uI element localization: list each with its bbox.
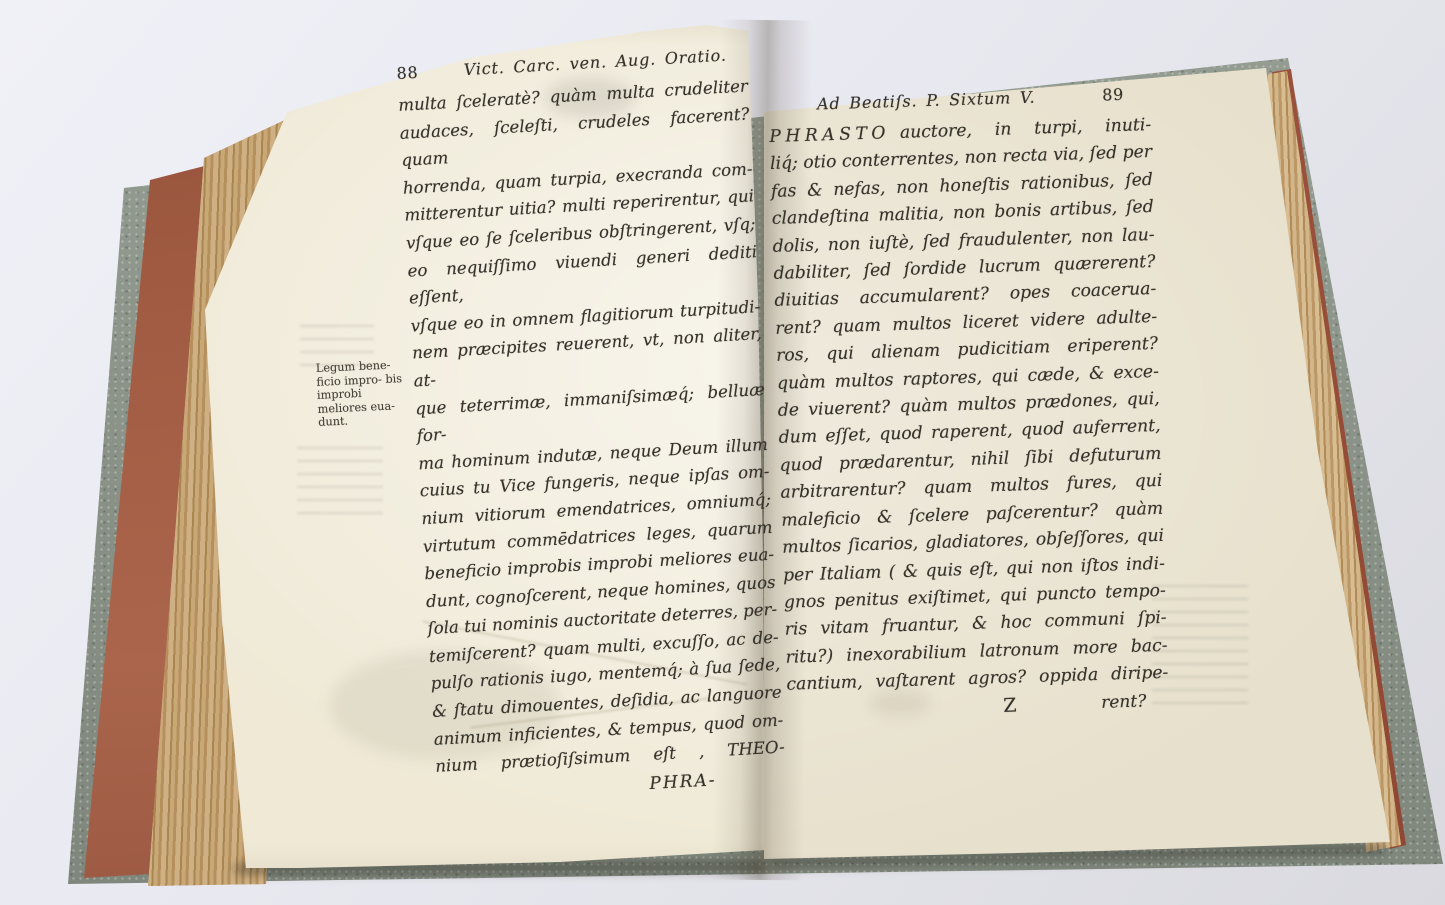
right-page-number: 89 bbox=[1102, 85, 1125, 105]
lead-rest: auctore, in turpi, inuti- bbox=[900, 115, 1152, 143]
catchword: PHRA- bbox=[649, 770, 717, 794]
right-page-text: Ad Beatiſs. P. Sixtum V. 89 PHRASTOaucto… bbox=[768, 84, 1170, 729]
left-text-lines: multa ſceleratè? quàm multa crudeliterau… bbox=[398, 72, 786, 780]
margin-note: Legum bene- ficio impro- bis improbi mel… bbox=[316, 358, 405, 430]
catchword: rent? bbox=[1101, 691, 1147, 712]
right-running-header-text: Ad Beatiſs. P. Sixtum V. bbox=[768, 86, 1084, 115]
left-page-number: 88 bbox=[396, 63, 419, 83]
show-through-patch bbox=[297, 438, 383, 514]
left-page-text: 88 Vict. Carc. ven. Aug. Oratio. multa ſ… bbox=[396, 44, 787, 810]
signature-mark: Z bbox=[1003, 694, 1018, 716]
right-text-lines: liq́; otio conterrentes, non recta via, … bbox=[770, 139, 1169, 699]
right-running-head: Ad Beatiſs. P. Sixtum V. 89 bbox=[768, 84, 1150, 115]
lead-word: PHRASTO bbox=[769, 123, 890, 147]
right-text-lines-wrap: PHRASTOauctore, in turpi, inuti- liq́; o… bbox=[769, 112, 1169, 699]
photo-backdrop: 88 Vict. Carc. ven. Aug. Oratio. multa ſ… bbox=[0, 0, 1445, 905]
